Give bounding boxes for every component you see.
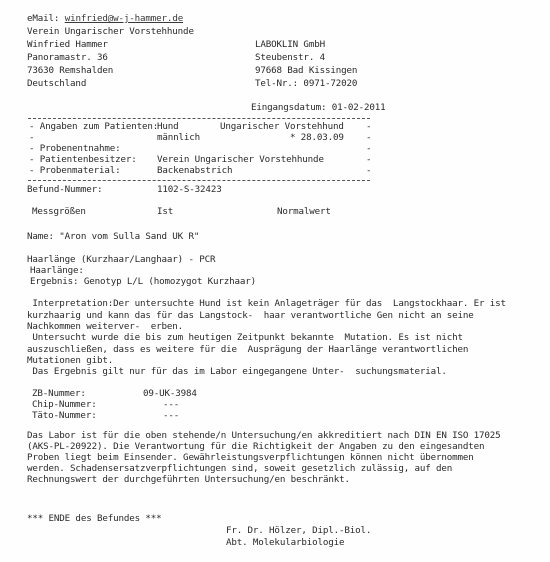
material-value: Backenabstrich [157,164,232,177]
column-header: Ist [157,205,173,218]
sender-street: Panoramastr. 36 [27,51,108,64]
row-end-dash: - [366,164,371,177]
signature-dept: Abt. Molekularbiologie [226,536,344,549]
patient-label: - Angaben zum Patienten: [29,120,158,133]
test-result: Ergebnis: Genotyp L/L (homozygot Kurzhaa… [30,275,256,288]
lab-city: 97668 Bad Kissingen [255,64,357,77]
dog-name: Name: "Aron vom Sulla Sand UK R" [27,230,199,243]
lab-report-page: { "sender": { "email_label": "eMail:", "… [0,0,550,562]
email-line: eMail: winfried@w-j-hammer.de [27,12,183,25]
lab-street: Steubenstr. 4 [255,51,325,64]
report-number: 1102-S-32423 [157,183,222,196]
sender-country: Deutschland [27,77,86,90]
divider [28,118,370,119]
interpretation-line: Das Ergebnis gilt nur für das im Labor e… [27,365,447,378]
lab-name: LABOKLIN GmbH [255,38,325,51]
email-label: eMail: [27,13,59,24]
lab-phone: Tel-Nr.: 0971-72020 [255,77,357,90]
id-label: Täto-Nummer: [32,409,97,422]
column-header: Messgrößen [32,205,86,218]
email-link[interactable]: winfried@w-j-hammer.de [65,13,183,24]
column-header: Normalwert [277,205,331,218]
sender-name: Winfried Hammer [27,38,108,51]
patient-birth: * 28.03.09 [290,131,344,144]
divider [28,180,370,181]
report-number-label: Befund-Nummer: [27,183,102,196]
patient-sex: männlich [157,131,200,144]
material-label: - Probenmaterial: [29,164,120,177]
received-date: Eingangsdatum: 01-02-2011 [251,101,386,114]
end-of-report: *** ENDE des Befundes *** [27,512,162,525]
id-value: --- [163,409,179,422]
sender-city: 73630 Remshalden [27,64,113,77]
sender-org: Verein Ungarischer Vorstehhunde [27,25,194,38]
disclaimer-line: Rechnungswert der durchgeführten Untersu… [27,473,350,486]
